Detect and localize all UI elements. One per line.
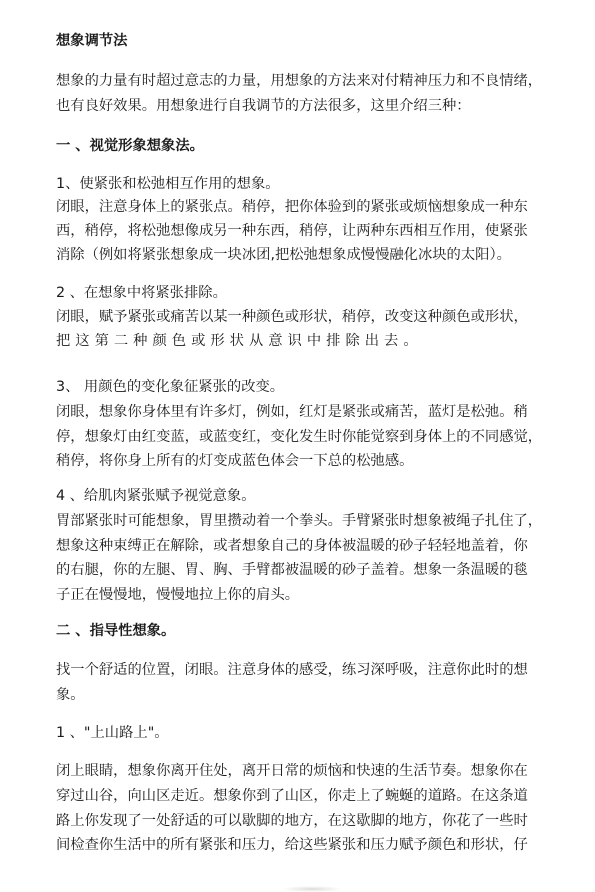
item-text: 的右腿，你的左腿、胃、胸、手臂都被温暖的砂子盖着。想象一条温暖的毯 [56,561,528,579]
section-intro: 找一个舒适的位置，闭眼。注意身体的感受，练习深呼吸，注意你此时的想 [56,661,528,679]
item-text: 西，稍停，将松弛想像成另一种东西，稍停，让两种东西相互作用，使紧张 [56,222,528,240]
item-text: 路上你发现了一处舒适的可以歇脚的地方，在这歇脚的地方，你花了一些时 [56,812,528,830]
item-text: 闭眼，赋予紧张或痛苦以某一种颜色或形状，稍停，改变这种颜色或形状， [56,308,528,326]
item-text: 穿过山谷，向山区走近。想象你到了山区，你走上了蜿蜒的道路。在这条道 [56,787,528,805]
section-heading-visual: 一 、视觉形象想象法。 [56,137,204,155]
page-title: 想象调节法 [56,32,127,50]
item-text: 消除（例如将紧张想象成一块冰团,把松弛想象成慢慢融化冰块的太阳）。 [56,246,511,264]
section-heading-guided: 二 、指导性想象。 [56,622,175,640]
item-text: 子正在慢慢地，慢慢地拉上你的肩头。 [56,586,299,604]
item-title: 2 、在想象中将紧张排除。 [56,284,227,302]
item-text: 闭眼，注意身体上的紧张点。稍停，把你体验到的紧张或烦恼想象成一种东 [56,198,528,216]
item-text: 稍停，将你身上所有的灯变成蓝色体会一下总的松弛感。 [56,452,413,470]
intro-line: 也有良好效果。用想象进行自我调节的方法很多，这里介绍三种： [56,97,471,115]
item-text: 胃部紧张时可能想象，胃里攒动着一个拳头。手臂紧张时想象被绳子扎住了， [56,512,542,530]
item-title: 3、 用颜色的变化象征紧张的改变。 [56,378,284,396]
section-intro: 象。 [56,686,85,704]
item-title: 1 、"上山路上"。 [56,724,169,742]
item-text: 把这第二种颜色或形状从意识中排除出去。 [56,332,423,350]
item-text: 停，想象灯由红变蓝，或蓝变红，变化发生时你能觉察到身体上的不同感觉， [56,428,542,446]
item-text: 闭上眼睛，想象你离开住处，离开日常的烦恼和快速的生活节奏。想象你在 [56,762,528,780]
item-title: 4 、给肌肉紧张赋予视觉意象。 [56,487,256,505]
item-text: 间检查你生活中的所有紧张和压力，给这些紧张和压力赋予颜色和形状，仔 [56,836,528,854]
item-text: 闭眼，想象你身体里有许多灯，例如，红灯是紧张或痛苦，蓝灯是松弛。稍 [56,403,528,421]
item-text: 想象这种束缚正在解除，或者想象自己的身体被温暖的砂子轻轻地盖着，你 [56,537,528,555]
intro-line: 想象的力量有时超过意志的力量，用想象的方法来对付精神压力和不良情绪， [56,72,542,90]
page-edge-shadow [282,886,342,892]
item-title: 1、使紧张和松弛相互作用的想象。 [56,175,280,193]
